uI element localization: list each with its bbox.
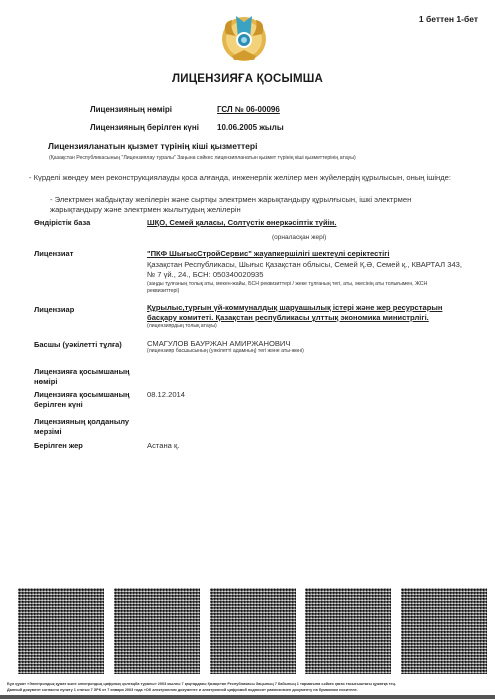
annex-number-label: Лицензияға қосымшаның нөмірі [34, 367, 139, 386]
licensee-label: Лицензиат [34, 249, 139, 259]
legal-footer: Бұл құжат «Электрондық құжат және электр… [7, 681, 396, 693]
qr-code-4 [305, 588, 391, 674]
production-base-note: (орналасқан жері) [272, 234, 326, 241]
production-base-value: ШҚО, Семей қаласы, Солтүстік өнеркәсіпті… [147, 218, 467, 228]
licensor-label: Лицензиар [34, 305, 139, 315]
place-label: Берілген жер [34, 441, 139, 451]
head-label: Басшы (уәкілетті тұлға) [34, 340, 139, 350]
head-note: (лицензияр басшысының (уәкілетті адамның… [147, 348, 304, 355]
qr-code-5 [401, 588, 487, 674]
sub-activities-title: Лицензияланатын қызмет түрінің кіші қызм… [48, 141, 257, 151]
qr-code-1 [18, 588, 104, 674]
page-number: 1 беттен 1-бет [419, 14, 478, 24]
validity-label: Лицензияның қолданылу мерзімі [34, 417, 139, 436]
footer-line-ru: Данный документ согласно пункту 1 статьи… [7, 687, 396, 693]
place-value: Астана қ. [147, 441, 467, 451]
licensor-value: Құрылыс,тұрғын үй-коммуналдық шаруашылық… [147, 303, 462, 323]
sub-activities-subtitle: (Қазақстан Республикасының "Лицензиялау … [49, 155, 356, 161]
licensor-note: (лицензиярдың толық атауы) [147, 323, 217, 330]
license-number-label: Лицензияның нөмірі [90, 105, 172, 114]
document-title: ЛИЦЕНЗИЯҒА ҚОСЫМША [0, 73, 495, 85]
annex-date-value: 08.12.2014 [147, 390, 467, 400]
qr-code-3 [210, 588, 296, 674]
state-emblem-icon [218, 12, 270, 64]
production-base-label: Өндірістік база [34, 218, 139, 228]
licensee-address: Қазақстан Республикасы, Шығыс Қазақстан … [147, 260, 467, 280]
qr-code-2 [114, 588, 200, 674]
bottom-divider [0, 695, 495, 699]
issue-date-label: Лицензияның берілген күні [90, 123, 199, 132]
licensee-note: (заңды тұлғаның толық аты, мекен-жайы, Б… [147, 281, 457, 295]
license-number-value: ГСЛ № 06-00096 [217, 105, 280, 114]
issue-date-value: 10.06.2005 жылы [217, 123, 284, 132]
activity-subitem: - Электрмен жабдықтау желілерін және сыр… [50, 195, 450, 215]
activity-item: - Күрделі жөндеу мен реконструкциялауды … [29, 173, 459, 183]
licensee-value: "ПКФ ШығысСтройСервис" жауапкершілігі ше… [147, 249, 467, 259]
annex-date-label: Лицензияға қосымшаның берілген күні [34, 390, 139, 409]
